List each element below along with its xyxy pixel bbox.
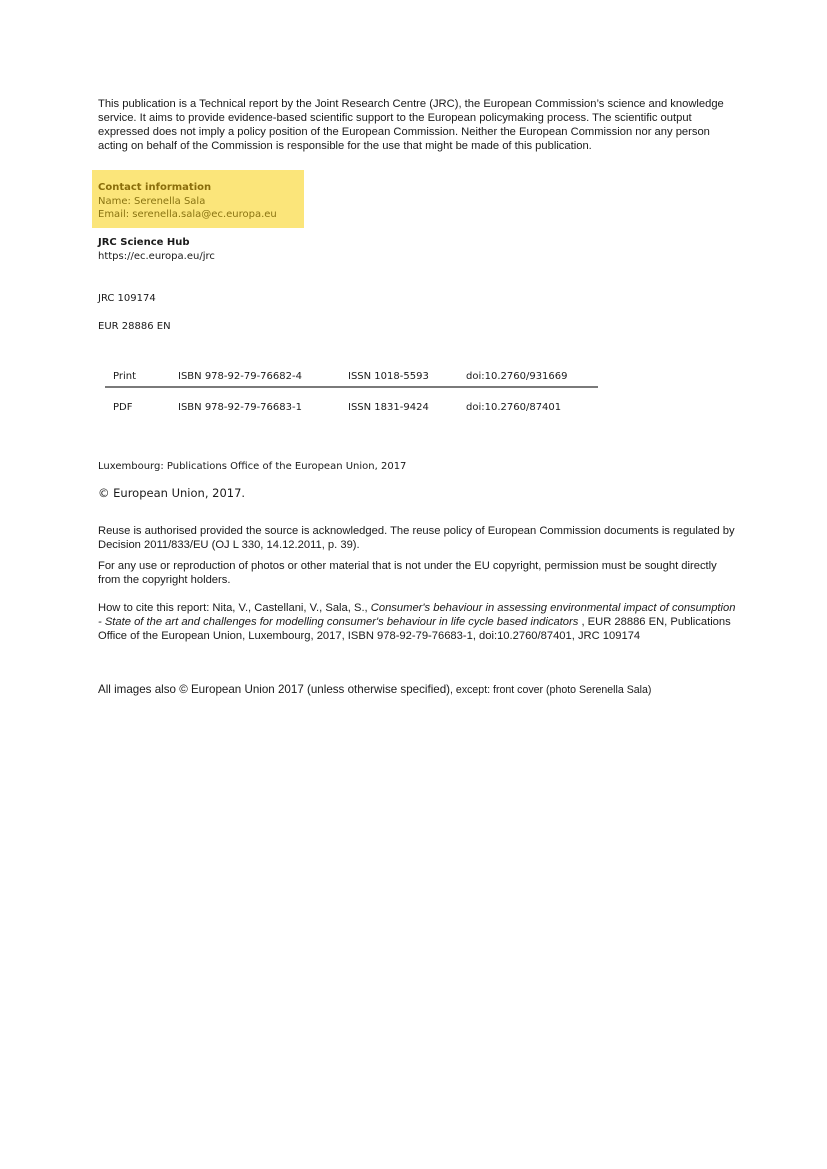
jrc-number: JRC 109174 [98, 292, 156, 306]
contact-information-box: Contact information Name: Serenella Sala… [92, 170, 304, 228]
format-cell: PDF [105, 387, 178, 422]
disclaimer-paragraph: This publication is a Technical report b… [98, 97, 738, 153]
citation-paragraph: How to cite this report: Nita, V., Caste… [98, 601, 738, 643]
publisher-line: Luxembourg: Publications Office of the E… [98, 460, 406, 474]
contact-name: Name: Serenella Sala [98, 195, 277, 209]
isbn-cell: ISBN 978-92-79-76682-4 [178, 366, 348, 387]
hub-title: JRC Science Hub [98, 236, 215, 250]
table-row: Print ISBN 978-92-79-76682-4 ISSN 1018-5… [105, 366, 598, 387]
isbn-issn-doi-table: Print ISBN 978-92-79-76682-4 ISSN 1018-5… [105, 366, 598, 422]
images-copyright-note: All images also © European Union 2017 (u… [98, 683, 758, 697]
jrc-science-hub: JRC Science Hub https://ec.europa.eu/jrc [98, 236, 215, 263]
eur-number: EUR 28886 EN [98, 320, 171, 334]
contact-email: Email: serenella.sala@ec.europa.eu [98, 208, 277, 222]
images-note-exception: , except: front cover (photo Serenella S… [450, 684, 651, 696]
images-note-main: All images also © European Union 2017 (u… [98, 683, 450, 696]
doi-cell: doi:10.2760/87401 [466, 387, 598, 422]
reuse-policy-paragraph: Reuse is authorised provided the source … [98, 524, 738, 552]
table-row: PDF ISBN 978-92-79-76683-1 ISSN 1831-942… [105, 387, 598, 422]
photos-permission-paragraph: For any use or reproduction of photos or… [98, 559, 738, 587]
contact-heading: Contact information [98, 181, 277, 195]
doi-cell: doi:10.2760/931669 [466, 366, 598, 387]
isbn-cell: ISBN 978-92-79-76683-1 [178, 387, 348, 422]
issn-cell: ISSN 1018-5593 [348, 366, 466, 387]
document-page: This publication is a Technical report b… [0, 0, 827, 1169]
issn-cell: ISSN 1831-9424 [348, 387, 466, 422]
hub-url-link[interactable]: https://ec.europa.eu/jrc [98, 250, 215, 264]
citation-prefix: How to cite this report: Nita, V., Caste… [98, 602, 371, 614]
copyright-line: © European Union, 2017. [98, 487, 245, 501]
format-cell: Print [105, 366, 178, 387]
